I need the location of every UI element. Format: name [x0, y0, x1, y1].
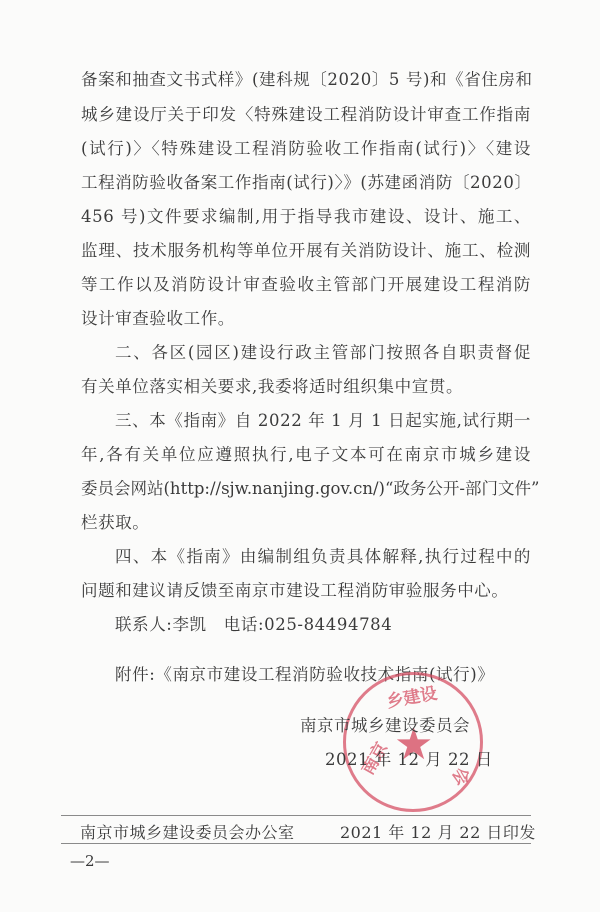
official-seal: ★ 乡建设 南京 会	[343, 672, 483, 812]
paragraph-3-line: 三、本《指南》自 2022 年 1 月 1 日起实施,试行期一	[115, 411, 531, 431]
footer-bottom-rule	[61, 843, 531, 844]
contact-line: 联系人:李凯 电话:025-84494784	[115, 615, 531, 635]
body-line-with-url: 委员会网站(http://sjw.nanjing.gov.cn/)“政务公开-部…	[81, 479, 531, 499]
body-line: 有关单位落实相关要求,我委将适时组织集中宣贯。	[81, 377, 531, 397]
attachment-line: 附件:《南京市建设工程消防验收技术指南(试行)》	[115, 665, 531, 685]
body-line: 工程消防验收备案工作指南(试行)〉》(苏建函消防〔2020〕	[81, 173, 531, 193]
body-line: 456 号)文件要求编制,用于指导我市建设、设计、施工、	[81, 207, 531, 227]
body-line: 问题和建议请反馈至南京市建设工程消防审验服务中心。	[81, 581, 531, 601]
body-line: 栏获取。	[81, 513, 531, 533]
paragraph-4-line: 四、本《指南》由编制组负责具体解释,执行过程中的	[115, 547, 531, 567]
body-line: 监理、技术服务机构等单位开展有关消防设计、施工、检测	[81, 241, 531, 261]
paragraph-2-line: 二、各区(园区)建设行政主管部门按照各自职责督促	[115, 343, 531, 363]
body-line: (试行)〉〈特殊建设工程消防验收工作指南(试行)〉〈建设	[81, 139, 531, 159]
seal-text-top: 乡建设	[384, 679, 439, 712]
body-line: 年,各有关单位应遵照执行,电子文本可在南京市城乡建设	[81, 445, 531, 465]
signing-date: 2021 年 12 月 22 日	[325, 746, 493, 770]
body-line: 城乡建设厅关于印发〈特殊建设工程消防设计审查工作指南	[81, 105, 531, 125]
page-number: —2—	[70, 852, 110, 870]
body-line: 备案和抽查文书式样》(建科规〔2020〕5 号)和《省住房和	[81, 70, 531, 90]
footer-issue-date: 2021 年 12 月 22 日印发	[340, 820, 536, 843]
body-line: 等工作以及消防设计审查验收主管部门开展建设工程消防	[81, 275, 531, 295]
body-line: 设计审查验收工作。	[81, 309, 531, 329]
footer-top-rule	[61, 815, 531, 816]
signing-organization: 南京市城乡建设委员会	[300, 712, 470, 736]
footer-issuer: 南京市城乡建设委员会办公室	[80, 820, 295, 843]
